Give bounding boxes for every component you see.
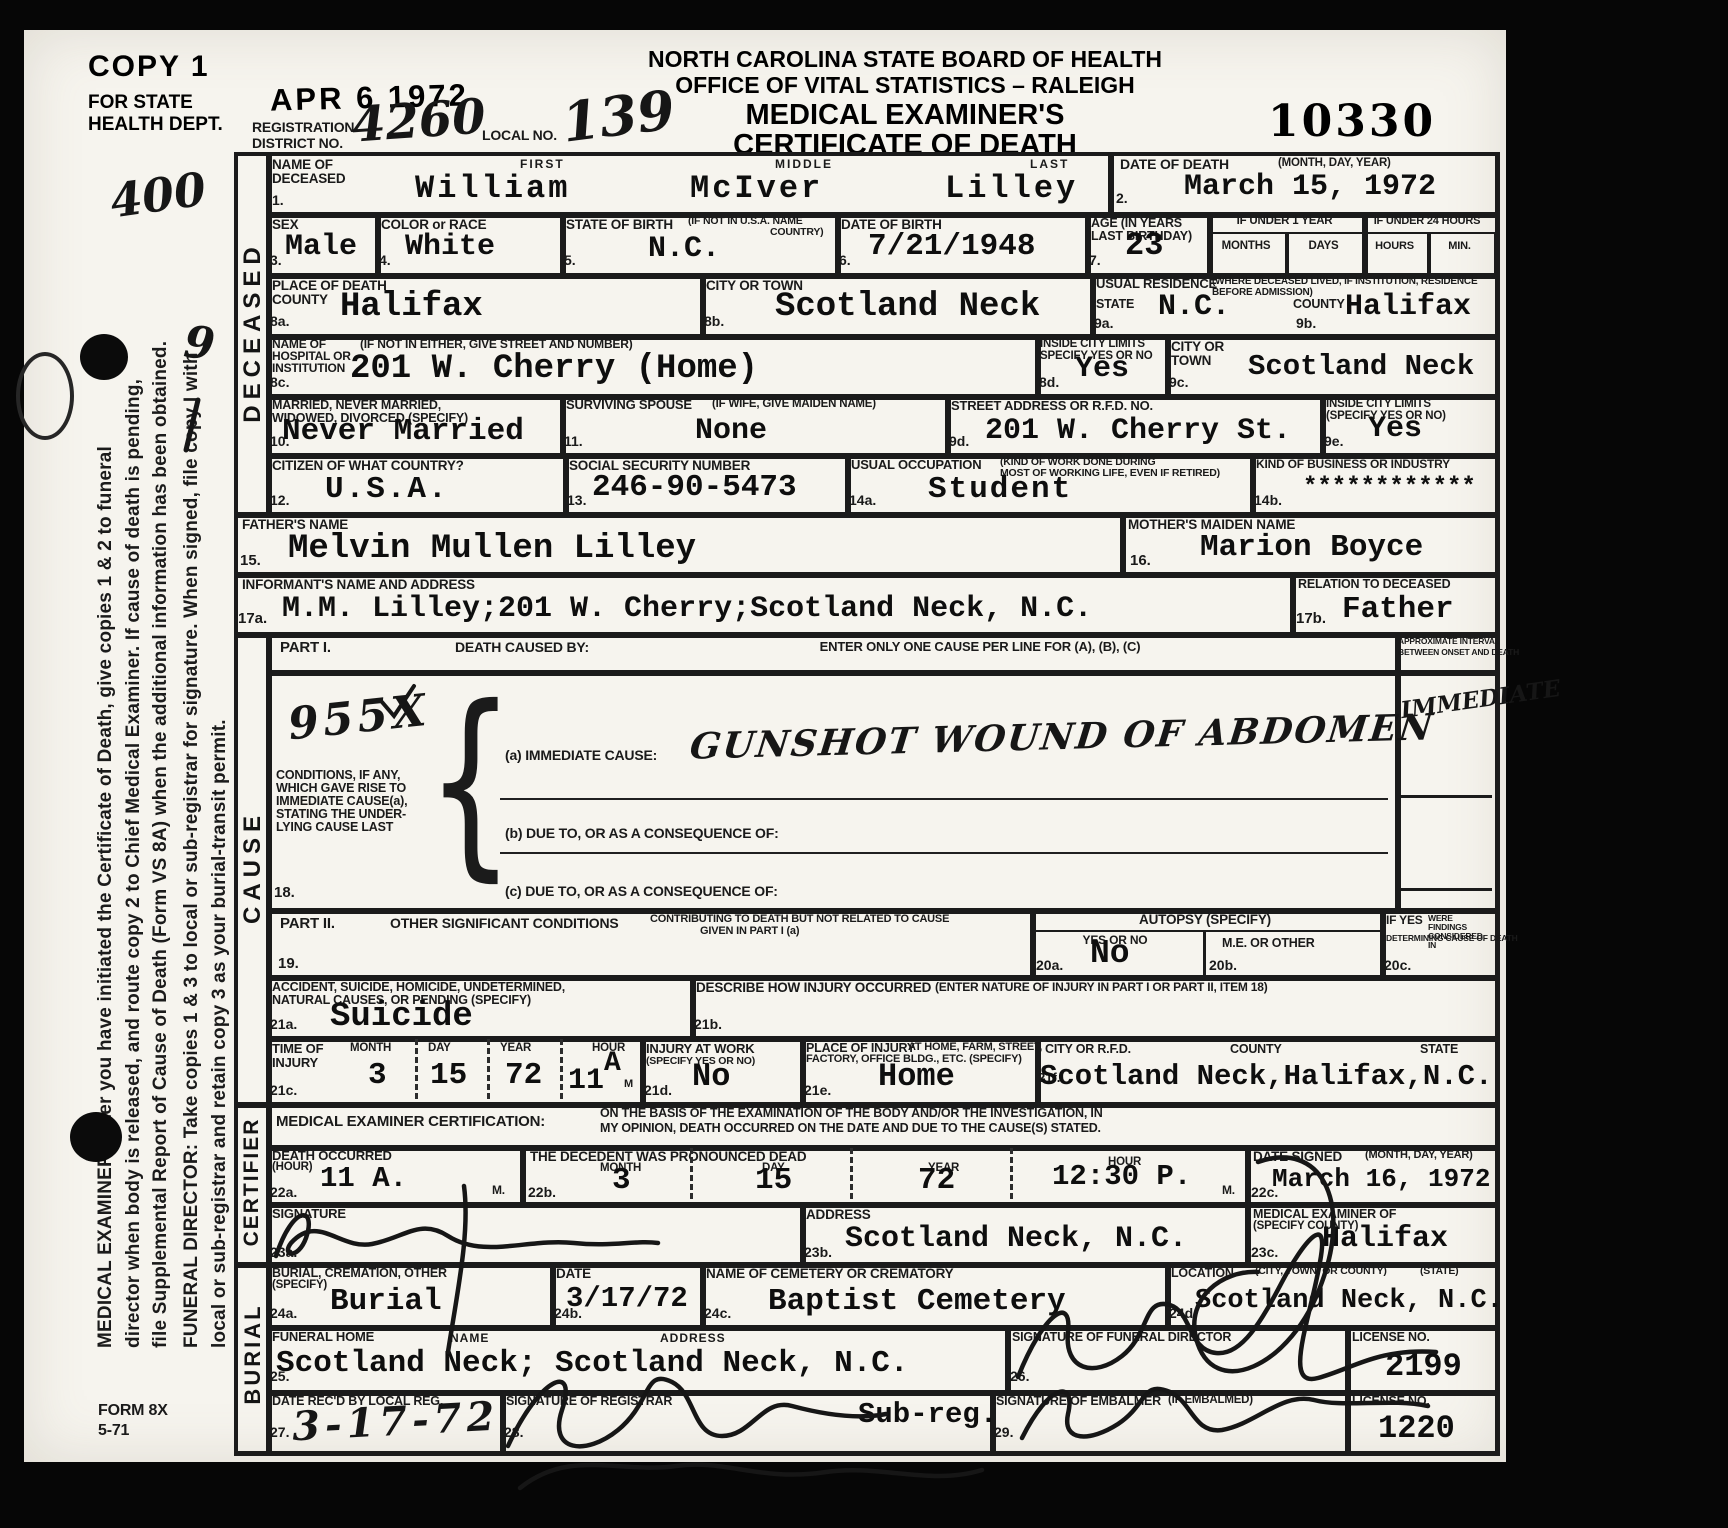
item-number: 6. <box>839 252 851 268</box>
label: ON THE BASIS OF THE EXAMINATION OF THE B… <box>600 1106 1103 1120</box>
value-pronounced-year: 72 <box>918 1163 955 1198</box>
form-revision: 5-71 <box>98 1422 129 1440</box>
item-number: 27. <box>270 1424 289 1440</box>
label: RELATION TO DECEASED <box>1298 577 1451 591</box>
item-number: 23c. <box>1251 1244 1278 1260</box>
label-day: DAY <box>428 1042 451 1055</box>
label: IMMEDIATE CAUSE(a), <box>276 794 407 808</box>
label-year: YEAR <box>500 1042 531 1055</box>
item-number: 15. <box>240 552 261 569</box>
item-number: 22b. <box>528 1184 556 1200</box>
item-number: 16. <box>1130 552 1151 569</box>
value-cemetery-location: Scotland Neck, N.C. <box>1195 1286 1503 1316</box>
value-inside-city-limits-8d: Yes <box>1075 352 1129 386</box>
label: BURIAL, CREMATION, OTHER <box>272 1266 447 1280</box>
value-date-signed: March 16, 1972 <box>1272 1164 1490 1194</box>
item-number: 21e. <box>804 1082 831 1098</box>
label: LICENSE NO. <box>1352 1330 1430 1344</box>
label-days: DAYS <box>1285 240 1362 253</box>
value-last-name: Lilley <box>945 170 1078 207</box>
cell-months <box>1207 232 1289 277</box>
label: NAME OF CEMETERY OR CREMATORY <box>706 1266 953 1281</box>
label: CITY OR R.F.D. <box>1045 1042 1131 1056</box>
label: DATE SIGNED <box>1253 1149 1342 1164</box>
item-number: 8d. <box>1039 374 1059 390</box>
section-label-certifier: CERTIFIER <box>240 1106 264 1258</box>
margin-text-line: file Supplemental Report of Cause of Dea… <box>147 233 175 1348</box>
item-number: 24c. <box>704 1305 731 1321</box>
value-middle-name: McIver <box>690 170 823 207</box>
value-me-address: Scotland Neck, N.C. <box>845 1222 1187 1256</box>
value-injury-day: 15 <box>430 1058 467 1093</box>
label: INSIDE CITY LIMITS <box>1326 398 1431 411</box>
margin-text-line: director when body is released, and rout… <box>120 233 148 1348</box>
hole-punch-dot <box>80 334 128 380</box>
cell-min <box>1427 232 1496 277</box>
label: INFORMANT'S NAME AND ADDRESS <box>242 577 475 592</box>
copy-for-state: FOR STATE <box>88 92 193 114</box>
margin-text-line: local or sub-registrar and retain copy 3… <box>206 233 234 1348</box>
value-cemetery: Baptist Cemetery <box>768 1284 1066 1319</box>
value-age: 23 <box>1125 227 1163 264</box>
label-state: STATE <box>1096 297 1134 311</box>
value-residence-county: Halifax <box>1345 290 1471 324</box>
value-first-name: William <box>415 170 570 207</box>
label: INJURY <box>272 1056 318 1071</box>
value-business-industry: ************ <box>1303 474 1476 501</box>
value-mothers-maiden-name: Marion Boyce <box>1200 530 1423 565</box>
item-number: 9b. <box>1296 315 1316 331</box>
value-burial-date: 3/17/72 <box>566 1282 688 1315</box>
item-number: 19. <box>278 955 299 972</box>
label: ADDRESS <box>806 1207 871 1222</box>
value-injury-city-county-state: Scotland Neck,Halifax,N.C. <box>1040 1060 1492 1093</box>
value-me-county: Halifax <box>1322 1222 1448 1256</box>
item-number: 2. <box>1116 190 1128 206</box>
label: LICENSE NO. <box>1352 1394 1430 1408</box>
label: CONDITIONS, IF ANY, <box>276 768 400 782</box>
label-county: COUNTY <box>1293 297 1345 311</box>
label: SIGNATURE OF EMBALMER <box>996 1394 1161 1408</box>
value-county-of-death: Halifax <box>340 288 483 326</box>
label-min: MIN. <box>1427 240 1492 252</box>
label: INSIDE CITY LIMITS <box>1040 338 1145 351</box>
label: OTHER SIGNIFICANT CONDITIONS <box>390 916 619 932</box>
section-label-cause: CAUSE <box>239 636 267 1098</box>
certificate-number: 10330 <box>1268 96 1436 147</box>
district-no-label: DISTRICT NO. <box>252 136 343 152</box>
label: CITY OR <box>1171 339 1224 354</box>
item-number: 26. <box>1010 1368 1029 1384</box>
value-residence-state: N.C. <box>1158 290 1230 324</box>
value-injury-month: 3 <box>368 1058 387 1093</box>
label: DATE <box>556 1266 591 1281</box>
label: IF UNDER 1 YEAR <box>1207 215 1362 228</box>
item-number: 14b. <box>1254 492 1282 508</box>
label: ACCIDENT, SUICIDE, HOMICIDE, UNDETERMINE… <box>272 980 565 994</box>
item-number: 5. <box>564 252 576 268</box>
item-number: 23b. <box>804 1244 832 1260</box>
value-pronounced-hour: 12:30 P. <box>1052 1160 1191 1193</box>
item-number: 24d. <box>1169 1305 1197 1321</box>
item-number: 28. <box>504 1424 523 1440</box>
label-m: M. <box>1222 1184 1235 1197</box>
item-number: 8c. <box>270 374 289 390</box>
item-number: 24a. <box>270 1305 297 1321</box>
label: CONTRIBUTING TO DEATH BUT NOT RELATED TO… <box>650 913 949 925</box>
item-number: 11. <box>564 433 583 449</box>
label: WHICH GAVE RISE TO <box>276 781 406 795</box>
item-number: 8b. <box>704 313 724 329</box>
punch-ring-artifact <box>16 352 74 440</box>
value-sub-registrar: Sub-reg. <box>858 1398 997 1431</box>
label: M.E. OR OTHER <box>1222 936 1315 950</box>
label: (a) IMMEDIATE CAUSE: <box>505 748 657 764</box>
item-number: 8a. <box>270 313 289 329</box>
registrar-signature-stroke2 <box>520 1465 982 1488</box>
section-label-burial: BURIAL <box>240 1264 266 1444</box>
label: ENTER ONLY ONE CAUSE PER LINE FOR (A), (… <box>700 640 1260 655</box>
label-m: M <box>624 1078 633 1090</box>
label: WERE FINDINGS CONSIDERED IN <box>1428 914 1490 950</box>
value-death-hour: 11 A. <box>320 1162 407 1195</box>
value-license-funeral-director: 2199 <box>1385 1348 1462 1385</box>
label: (ENTER NATURE OF INJURY IN PART I OR PAR… <box>935 981 1268 994</box>
item-number: 18. <box>274 884 295 901</box>
value-place-of-injury: Home <box>878 1058 955 1095</box>
value-citizen: U.S.A. <box>325 472 449 507</box>
brace-glyph: { <box>426 664 515 900</box>
copy-label: COPY 1 <box>88 50 210 84</box>
margin-instructions-medical-examiner: MEDICAL EXAMINER: After you have initiat… <box>92 233 176 1348</box>
label: AUTOPSY (SPECIFY) <box>1030 912 1380 927</box>
value-state-of-birth: N.C. <box>648 232 720 266</box>
item-number: 21c. <box>270 1082 297 1098</box>
label-part1: PART I. <box>280 640 331 657</box>
item-number: 17a. <box>238 610 267 627</box>
label: (SPECIFY) <box>272 1279 327 1292</box>
label: MEDICAL EXAMINER OF <box>1253 1207 1396 1221</box>
item-number: 21a. <box>270 1016 297 1032</box>
value-pronounced-month: 3 <box>612 1163 631 1198</box>
label: DECEASED <box>272 171 345 186</box>
label: (CITY, TOWN, OR COUNTY) <box>1255 1266 1387 1278</box>
label: LYING CAUSE LAST <box>276 820 393 834</box>
label: DESCRIBE HOW INJURY OCCURRED <box>696 980 931 995</box>
header-vital-statistics: OFFICE OF VITAL STATISTICS – RALEIGH <box>620 72 1190 99</box>
item-number: 22a. <box>270 1184 297 1200</box>
value-surviving-spouse: None <box>695 414 767 448</box>
label: LOCATION <box>1171 1266 1234 1280</box>
item-number: 23a. <box>270 1244 297 1260</box>
label: AT HOME, FARM, STREET, <box>908 1041 1042 1053</box>
label: STATE <box>1420 1042 1458 1056</box>
value-fathers-name: Melvin Mullen Lilley <box>288 530 696 568</box>
local-no-label: LOCAL NO. <box>482 128 557 144</box>
value-burial: Burial <box>330 1284 442 1319</box>
item-number: 12. <box>270 492 289 508</box>
label-address: ADDRESS <box>660 1332 726 1345</box>
label: (MONTH, DAY, YEAR) <box>1365 1149 1473 1161</box>
label: STATING THE UNDER- <box>276 807 406 821</box>
value-pronounced-day: 15 <box>755 1163 792 1198</box>
value-injury-hour: 11 <box>568 1064 604 1098</box>
margin-text-line: FUNERAL DIRECTOR: Take copies 1 & 3 to l… <box>178 233 206 1348</box>
item-number: 9e. <box>1324 433 1343 449</box>
value-injury-at-work: No <box>692 1058 730 1095</box>
copy-health-dept: HEALTH DEPT. <box>88 114 223 136</box>
label: (MONTH, DAY, YEAR) <box>1278 157 1391 170</box>
item-number: 17b. <box>1296 610 1326 627</box>
header-board-of-health: NORTH CAROLINA STATE BOARD OF HEALTH <box>620 46 1190 73</box>
value-residence-city: Scotland Neck <box>1248 350 1474 383</box>
label-months: MONTHS <box>1207 240 1285 253</box>
label: (c) DUE TO, OR AS A CONSEQUENCE OF: <box>505 884 778 900</box>
label: MEDICAL EXAMINER CERTIFICATION: <box>276 1114 545 1131</box>
value-license-embalmer: 1220 <box>1378 1410 1455 1447</box>
label: IF UNDER 24 HOURS <box>1362 215 1492 227</box>
label: CITIZEN OF WHAT COUNTRY? <box>272 458 464 473</box>
item-number: 21b. <box>694 1016 722 1032</box>
label: DETERMINING CAUSE OF DEATH <box>1386 934 1518 944</box>
item-number: 14a. <box>849 492 876 508</box>
label-m: M. <box>492 1184 505 1197</box>
item-number: 21d. <box>644 1082 672 1098</box>
cell-hours <box>1362 232 1431 277</box>
label: (IF WIFE, GIVE MAIDEN NAME) <box>712 398 876 411</box>
label: COUNTY <box>1230 1042 1282 1056</box>
label: COUNTY <box>272 292 328 307</box>
item-number: 20c. <box>1384 957 1411 973</box>
label-hours: HOURS <box>1362 240 1427 252</box>
label: STATE OF BIRTH <box>566 217 673 232</box>
label: SIGNATURE OF FUNERAL DIRECTOR <box>1012 1330 1231 1344</box>
value-city-of-death: Scotland Neck <box>775 288 1040 326</box>
label: USUAL OCCUPATION <box>851 458 981 473</box>
value-injury-ampm: A <box>604 1048 621 1079</box>
item-number: 9d. <box>949 433 969 449</box>
label: MY OPINION, DEATH OCCURRED ON THE DATE A… <box>600 1121 1101 1135</box>
value-date-of-birth: 7/21/1948 <box>868 229 1035 264</box>
label: FUNERAL HOME <box>272 1330 374 1345</box>
item-number: 9c. <box>1169 374 1188 390</box>
label: SIGNATURE <box>272 1207 346 1222</box>
label: COUNTRY) <box>770 227 823 239</box>
item-number: 1. <box>272 192 284 208</box>
value-marital-status: Never Married <box>282 414 524 449</box>
form-number: FORM 8X <box>98 1402 168 1420</box>
margin-text-line: MEDICAL EXAMINER: After you have initiat… <box>92 233 120 1348</box>
item-number: 13. <box>567 492 586 508</box>
value-street-address: 201 W. Cherry St. <box>985 414 1291 448</box>
value-sex: Male <box>285 230 357 264</box>
item-number: 29. <box>994 1424 1013 1440</box>
value-ssn: 246-90-5473 <box>592 470 797 505</box>
label: GIVEN IN PART I (a) <box>700 925 799 937</box>
value-race: White <box>405 230 495 264</box>
cell-me-signature <box>266 1202 806 1268</box>
margin-instructions-funeral-director: FUNERAL DIRECTOR: Take copies 1 & 3 to l… <box>178 233 236 1348</box>
value-relation: Father <box>1342 592 1454 627</box>
value-occupation: Student <box>928 472 1072 507</box>
value-date-of-death: March 15, 1972 <box>1140 170 1480 204</box>
section-label-deceased: DECEASED <box>239 156 267 508</box>
item-number: 20b. <box>1209 957 1237 973</box>
value-informant: M.M. Lilley;201 W. Cherry;Scotland Neck,… <box>282 592 1092 626</box>
item-number: 3. <box>270 252 282 268</box>
label: STREET ADDRESS OR R.F.D. NO. <box>951 399 1153 414</box>
label: IF YES <box>1386 914 1423 927</box>
label-month: MONTH <box>350 1042 391 1055</box>
cell-days <box>1285 232 1366 277</box>
value-manner-of-death: Suicide <box>330 998 473 1036</box>
district-no-value: 4260 <box>350 88 487 153</box>
value-injury-year: 72 <box>505 1058 542 1093</box>
label: APPROXIMATE INTERVAL <box>1398 637 1490 647</box>
item-number: 7. <box>1089 252 1101 268</box>
value-inside-city-limits-9e: Yes <box>1368 412 1422 446</box>
label: (HOUR) <box>272 1161 312 1174</box>
label: MARRIED, NEVER MARRIED, <box>272 398 441 412</box>
item-number: 4. <box>379 252 391 268</box>
label: NAME OF <box>272 157 333 172</box>
value-autopsy: No <box>1090 935 1130 972</box>
handwritten-9: 9 <box>181 317 217 371</box>
label: TOWN <box>1171 353 1211 368</box>
label-name: NAME <box>450 1332 489 1345</box>
value-funeral-home: Scotland Neck; Scotland Neck, N.C. <box>276 1346 909 1381</box>
item-number: 9a. <box>1094 315 1113 331</box>
hole-punch-dot <box>70 1112 122 1162</box>
label: SIGNATURE OF REGISTRAR <box>506 1394 672 1408</box>
item-number: 20a. <box>1036 957 1063 973</box>
label: DEATH CAUSED BY: <box>455 640 589 656</box>
label-part2: PART II. <box>280 916 335 933</box>
label: BETWEEN ONSET AND DEATH <box>1398 648 1490 658</box>
label: SURVIVING SPOUSE <box>566 398 692 413</box>
value-place-address: 201 W. Cherry (Home) <box>350 350 758 388</box>
label: (IF EMBALMED) <box>1168 1394 1253 1407</box>
header-medical-examiners: MEDICAL EXAMINER'S <box>620 99 1190 132</box>
label: KIND OF BUSINESS OR INDUSTRY <box>1256 458 1450 471</box>
label: (b) DUE TO, OR AS A CONSEQUENCE OF: <box>505 826 779 842</box>
registration-label: REGISTRATION <box>252 120 354 136</box>
label: (STATE) <box>1420 1266 1458 1278</box>
